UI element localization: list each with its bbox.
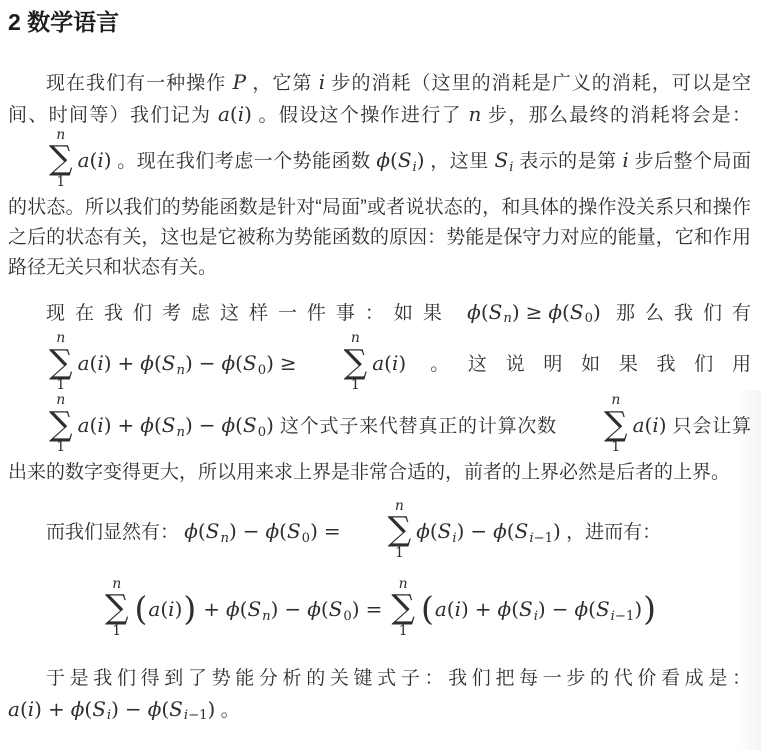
text-run: 。这说明如果我们用	[406, 354, 751, 375]
math-delim: (	[562, 300, 570, 324]
math-delim: (	[588, 597, 596, 621]
math-var: a	[78, 413, 90, 437]
sigma-icon: ∑	[391, 592, 415, 622]
phi-symbol: ϕ	[140, 351, 154, 375]
math-delim: (	[384, 351, 392, 375]
text-run: ，这里	[425, 151, 495, 172]
summation: n∑1	[11, 128, 73, 190]
subscript-var: n	[503, 311, 512, 326]
text-run: ，进而有：	[561, 522, 661, 543]
inline-math: n	[469, 104, 482, 126]
math-var: S	[515, 519, 529, 543]
big-paren-close: )	[643, 589, 656, 628]
sum-lower-limit: 1	[112, 623, 121, 639]
summation: n∑1	[11, 393, 73, 455]
math-delim: )	[593, 300, 601, 324]
phi-symbol: ϕ	[376, 148, 390, 172]
math-delim: (	[481, 300, 489, 324]
text-run: 现在我们考虑这样一件事：如果	[46, 303, 467, 324]
subscript: n	[503, 310, 512, 325]
math-var: S	[489, 300, 503, 324]
text-run: ，它第	[246, 73, 319, 94]
math-var: a	[372, 351, 384, 375]
math-var: S	[519, 597, 533, 621]
geq-operator: ≥	[280, 351, 297, 375]
math-var: a	[78, 148, 90, 172]
math-delim: (	[20, 697, 28, 721]
math-delim: (	[154, 413, 162, 437]
sum-lower-limit: 1	[313, 377, 360, 393]
math-delim: (	[279, 519, 287, 543]
subscript: n	[176, 362, 185, 377]
subscript: n	[262, 608, 271, 623]
math-operator: =	[366, 597, 383, 621]
phi-symbol: ϕ	[222, 413, 236, 437]
sigma-icon: ∑	[306, 347, 368, 377]
text-run: 表示的是第	[513, 151, 622, 172]
math-delim: )	[659, 413, 667, 437]
subscript-minus: −	[188, 708, 199, 723]
inline-math: n∑1a(i)	[8, 150, 112, 172]
big-paren-close: )	[183, 589, 196, 628]
math-var: a	[435, 597, 447, 621]
text-run: 那么我们有	[601, 303, 751, 324]
phi-symbol: ϕ	[575, 597, 589, 621]
paragraph-2: 现在我们考虑这样一件事：如果 ϕ(Sn)≥ϕ(S0) 那么我们有 n∑1a(i)…	[8, 297, 751, 488]
math-delim: )	[266, 413, 274, 437]
subscript: i−1	[611, 608, 635, 623]
math-var: S	[398, 148, 412, 172]
phi-symbol: ϕ	[226, 597, 240, 621]
math-delim: )	[229, 519, 237, 543]
subscript: n	[220, 530, 229, 545]
math-delim: )	[352, 597, 360, 621]
geq-operator: ≥	[526, 300, 543, 324]
math-delim: )	[634, 597, 642, 621]
math-delim: (	[511, 597, 519, 621]
subscript-num: 0	[585, 311, 593, 326]
inline-math: ϕ(Si)	[376, 150, 424, 172]
summation: n∑1	[566, 393, 628, 455]
text-run: 步，那么最终的消耗将会是：	[481, 105, 751, 126]
math-var: S	[438, 519, 452, 543]
math-delim: )	[244, 102, 252, 126]
text-run: 。	[215, 700, 239, 721]
math-var: S	[162, 351, 176, 375]
math-delim: (	[321, 597, 329, 621]
math-delim: )	[512, 300, 520, 324]
minus-operator: −	[552, 597, 569, 621]
phi-symbol: ϕ	[222, 351, 236, 375]
text-run: 。假设这个操作进行了	[252, 105, 469, 126]
minus-operator: −	[199, 413, 216, 437]
sigma-icon: ∑	[566, 409, 628, 439]
math-delim: (	[154, 351, 162, 375]
math-delim: )	[104, 148, 112, 172]
subscript: i−1	[184, 707, 208, 722]
summation: n∑1	[350, 499, 412, 561]
big-paren-open: (	[135, 589, 148, 628]
subscript-var: n	[220, 531, 229, 546]
math-var: S	[570, 300, 584, 324]
phi-symbol: ϕ	[416, 519, 430, 543]
phi-symbol: ϕ	[140, 413, 154, 437]
phi-symbol: ϕ	[307, 597, 321, 621]
math-delim: )	[538, 597, 546, 621]
summation: n∑1	[391, 577, 415, 639]
math-var: a	[148, 597, 160, 621]
sum-lower-limit: 1	[18, 174, 65, 190]
subscript-minus: −	[615, 609, 626, 624]
math-var: a	[78, 351, 90, 375]
math-operator: +	[475, 597, 492, 621]
text-run: 而我们显然有：	[46, 522, 184, 543]
math-delim: (	[235, 351, 243, 375]
subscript: 0	[302, 530, 310, 545]
phi-symbol: ϕ	[467, 300, 481, 324]
subscript-num: 0	[302, 531, 310, 546]
document-body: 现在我们有一种操作 P ，它第 i 步的消耗（这里的消耗是广义的消耗，可以是空间…	[8, 67, 751, 732]
sum-lower-limit: 1	[357, 545, 404, 561]
math-delim: (	[430, 519, 438, 543]
inline-math: a(i)	[218, 104, 252, 126]
inline-math: n∑1a(i)	[563, 415, 667, 437]
math-delim: )	[310, 519, 318, 543]
sum-lower-limit: 1	[399, 623, 408, 639]
phi-symbol: ϕ	[493, 519, 507, 543]
subscript: i−1	[529, 530, 553, 545]
subscript: 0	[258, 362, 266, 377]
text-run: 。现在我们考虑一个势能函数	[112, 151, 377, 172]
subscript-var: n	[176, 425, 185, 440]
inline-math: n∑1a(i)+ϕ(Sn)−ϕ(S0)≥n∑1a(i)	[8, 353, 406, 375]
inline-math: ϕ(Sn)≥ϕ(S0)	[467, 302, 601, 324]
subscript-num: 0	[343, 609, 351, 624]
subscript-var: n	[176, 363, 185, 378]
math-var: S	[596, 597, 610, 621]
math-var: S	[162, 413, 176, 437]
subscript: 0	[343, 608, 351, 623]
paragraph-3: 而我们显然有： ϕ(Sn)−ϕ(S0)=n∑1ϕ(Si)−ϕ(Si−1) ，进而…	[8, 502, 751, 564]
math-operator: +	[118, 351, 135, 375]
sum-lower-limit: 1	[573, 439, 620, 455]
text-run: 于是我们得到了势能分析的关键式子：我们把每一步的代价看成是：	[46, 668, 751, 689]
subscript-minus: −	[534, 531, 545, 546]
math-delim: (	[507, 519, 515, 543]
paragraph-4: 于是我们得到了势能分析的关键式子：我们把每一步的代价看成是： a(i)+ϕ(Si…	[8, 664, 751, 732]
math-delim: )	[553, 519, 561, 543]
summation: n∑1	[306, 331, 368, 393]
summation: n∑1	[11, 331, 73, 393]
sigma-icon: ∑	[105, 592, 129, 622]
phi-symbol: ϕ	[498, 597, 512, 621]
phi-symbol: ϕ	[548, 300, 562, 324]
math-var: S	[206, 519, 220, 543]
math-var: a	[218, 102, 230, 126]
math-delim: (	[230, 102, 238, 126]
section-heading: 2 数学语言	[8, 8, 751, 37]
math-delim: )	[104, 413, 112, 437]
math-delim: (	[198, 519, 206, 543]
math-var: n	[469, 102, 482, 126]
subscript: n	[176, 424, 185, 439]
math-var: P	[233, 70, 246, 94]
paragraph-1: 现在我们有一种操作 P ，它第 i 步的消耗（这里的消耗是广义的消耗，可以是空间…	[8, 67, 751, 283]
math-delim: )	[271, 597, 279, 621]
math-delim: )	[104, 351, 112, 375]
phi-symbol: ϕ	[184, 519, 198, 543]
phi-symbol: ϕ	[266, 519, 280, 543]
math-operator: +	[118, 413, 135, 437]
subscript-num: 0	[258, 363, 266, 378]
math-operator: +	[48, 697, 65, 721]
subscript-num: 1	[545, 531, 553, 546]
sigma-icon: ∑	[11, 347, 73, 377]
math-var: S	[495, 148, 509, 172]
subscript: 0	[585, 310, 593, 325]
inline-math: ϕ(Sn)−ϕ(S0)=n∑1ϕ(Si)−ϕ(Si−1)	[184, 521, 561, 543]
math-delim: (	[235, 413, 243, 437]
inline-math: a(i)+ϕ(Si)−ϕ(Si−1)	[8, 699, 215, 721]
sigma-icon: ∑	[350, 514, 412, 544]
math-var: a	[633, 413, 645, 437]
math-delim: (	[390, 148, 398, 172]
math-var: S	[243, 413, 257, 437]
math-delim: )	[457, 519, 465, 543]
sum-lower-limit: 1	[18, 377, 65, 393]
subscript-var: n	[262, 609, 271, 624]
math-var: S	[329, 597, 343, 621]
math-var: S	[243, 351, 257, 375]
sigma-icon: ∑	[11, 143, 73, 173]
math-var: S	[169, 697, 183, 721]
text-run: 这个式子来代替真正的计算次数	[274, 416, 563, 437]
math-delim: (	[447, 597, 455, 621]
summation: n∑1	[105, 577, 129, 639]
phi-symbol: ϕ	[71, 697, 85, 721]
inline-math: P	[233, 72, 246, 94]
math-delim: )	[185, 413, 193, 437]
document: 2 数学语言 现在我们有一种操作 P ，它第 i 步的消耗（这里的消耗是广义的消…	[0, 0, 761, 731]
math-var: S	[92, 697, 106, 721]
minus-operator: −	[199, 351, 216, 375]
math-operator: +	[203, 597, 220, 621]
inline-math: Si	[495, 150, 514, 172]
math-delim: )	[111, 697, 119, 721]
math-delim: )	[461, 597, 469, 621]
sum-lower-limit: 1	[18, 439, 65, 455]
minus-operator: −	[243, 519, 260, 543]
sigma-icon: ∑	[11, 409, 73, 439]
key-equation: n∑1(a(i))+ϕ(Sn)−ϕ(S0)=n∑1(a(i)+ϕ(Si)−ϕ(S…	[8, 580, 751, 642]
math-delim: )	[175, 597, 183, 621]
math-var: S	[287, 519, 301, 543]
equation-math: n∑1(a(i))+ϕ(Sn)−ϕ(S0)=n∑1(a(i)+ϕ(Si)−ϕ(S…	[102, 599, 657, 621]
minus-operator: −	[284, 597, 301, 621]
math-delim: (	[160, 597, 168, 621]
subscript: 0	[258, 424, 266, 439]
math-delim: )	[266, 351, 274, 375]
math-delim: (	[161, 697, 169, 721]
inline-math: n∑1a(i)+ϕ(Sn)−ϕ(S0)	[8, 415, 274, 437]
minus-operator: −	[125, 697, 142, 721]
text-run: 现在我们有一种操作	[46, 73, 233, 94]
phi-symbol: ϕ	[148, 697, 162, 721]
math-delim: )	[185, 351, 193, 375]
subscript-num: 1	[199, 708, 207, 723]
math-operator: =	[324, 519, 341, 543]
math-delim: )	[34, 697, 42, 721]
math-var: S	[247, 597, 261, 621]
math-delim: )	[417, 148, 425, 172]
minus-operator: −	[470, 519, 487, 543]
subscript-num: 0	[258, 425, 266, 440]
math-var: a	[8, 697, 20, 721]
big-paren-open: (	[421, 589, 434, 628]
